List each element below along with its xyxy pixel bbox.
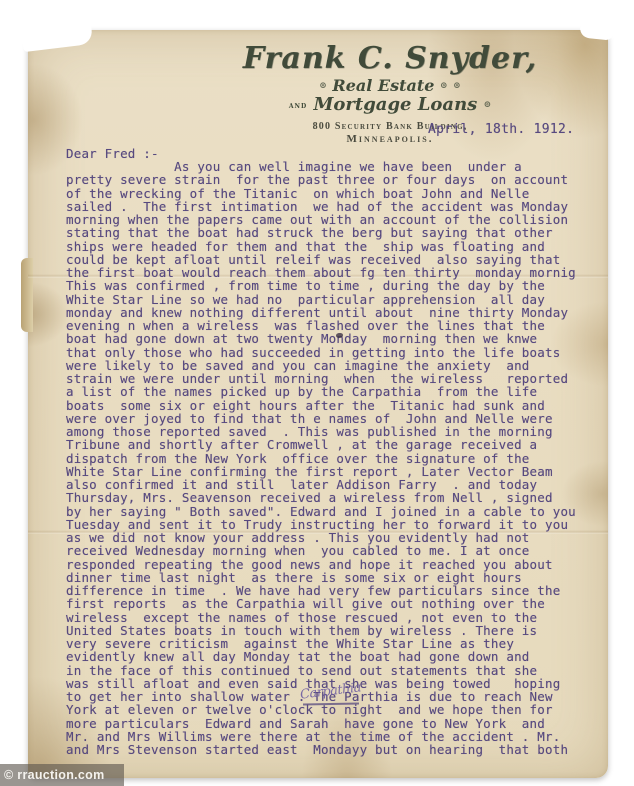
letter-line: This was confirmed , from time to time ,…	[66, 279, 576, 292]
letterhead-service-2: and Mortgage Loans ⊚	[150, 95, 630, 115]
torn-corner-top-right	[579, 19, 615, 40]
letter-line: received Wednesday morning when you cabl…	[66, 544, 576, 557]
letter-line: Mr. and Mrs Willims were there at the ti…	[66, 730, 576, 743]
letter-line: strain we were under until morning when …	[66, 372, 576, 385]
letter-line: ships were headed for them and that the …	[66, 240, 576, 253]
letter-line: sailed . The first intimation we had of …	[66, 200, 576, 213]
letter-line: in the face of this continued to send ou…	[66, 664, 576, 677]
letter-line: by her saying " Both saved". Edward and …	[66, 505, 576, 518]
letter-line: Thursday, Mrs. Seavenson received a wire…	[66, 491, 576, 504]
letter-line: were over joyed to find that th e names …	[66, 412, 576, 425]
letter-body: As you can well imagine we have been und…	[66, 160, 576, 756]
letter-line: a list of the names picked up by the Car…	[66, 385, 576, 398]
letter-line: Tribune and shortly after Cromwell , at …	[66, 438, 576, 451]
ornament-icon: ⊚	[319, 81, 327, 91]
letter-line: first reports as the Carpathia will give…	[66, 597, 576, 610]
letterhead-conjunction: and	[289, 100, 307, 110]
letter-line: very severe criticism against the White …	[66, 637, 576, 650]
letter-line: pretty severe strain for the past three …	[66, 173, 576, 186]
letter-line: dinner time last night as there is some …	[66, 571, 576, 584]
letter-line: responded repeating the good news and ho…	[66, 558, 576, 571]
letter-line: morning when the papers came out with an…	[66, 213, 576, 226]
letter-line: were likely to be saved and you can imag…	[66, 359, 576, 372]
letterhead-service-2-label: Mortgage Loans	[313, 94, 477, 115]
letter-line: Tuesday and sent it to Trudy instructing…	[66, 518, 576, 531]
letter-line: boats some six or eight hours after the …	[66, 399, 576, 412]
letter-line: White Star Line so we had no particular …	[66, 293, 576, 306]
letter-line: stating that the boat had struck the ber…	[66, 226, 576, 239]
letter-line: and Mrs Stevenson started east Mondayy b…	[66, 743, 576, 756]
letter-line: evening n when a wireless was flashed ov…	[66, 319, 576, 332]
letterhead-service-1-label: Real Estate	[332, 76, 434, 95]
letter-line: also confirmed it and still later Addiso…	[66, 478, 576, 491]
letter-line: of the wrecking of the Titanic on which …	[66, 187, 576, 200]
letter-line: that only those who had succeeded in get…	[66, 346, 576, 359]
letter-line: the first boat would reach them about fg…	[66, 266, 576, 279]
letter-line: As you can well imagine we have been und…	[66, 160, 576, 173]
auction-watermark: © rrauction.com	[0, 764, 124, 786]
letter-line: evidently knew all day Monday tat the bo…	[66, 650, 576, 663]
ornament-icon: ⊚	[453, 81, 461, 91]
letter-line: among those reported saved . This was pu…	[66, 425, 576, 438]
letter-line: could be kept afloat until releif was re…	[66, 253, 576, 266]
letter-line: boat had gone down at two twenty Monday …	[66, 332, 576, 345]
ornament-icon: ⊚	[440, 81, 448, 91]
letter-date: April, 18th. 1912.	[428, 122, 574, 137]
letter-line: York at eleven or twelve o'clock to nigh…	[66, 703, 576, 716]
letterhead-name: Frank C. Snyder,	[150, 42, 630, 76]
letter-line: dispatch from the New York office over t…	[66, 452, 576, 465]
edge-notch	[21, 258, 33, 332]
letterhead-service-1: ⊚ Real Estate ⊚ ⊚	[150, 77, 630, 95]
letter-line: White Star Line confirming the first rep…	[66, 465, 576, 478]
letter-line: monday and knew nothing different until …	[66, 306, 576, 319]
letter-line: United States boats in touch with them b…	[66, 624, 576, 637]
torn-corner-top-left	[21, 18, 94, 52]
ornament-icon: ⊚	[484, 100, 492, 110]
letter-line: as we did not know your address . This y…	[66, 531, 576, 544]
letter-line: more particulars Edward and Sarah have g…	[66, 717, 576, 730]
letter-line: difference in time . We have had very fe…	[66, 584, 576, 597]
letter-line: wireless except the names of those rescu…	[66, 611, 576, 624]
